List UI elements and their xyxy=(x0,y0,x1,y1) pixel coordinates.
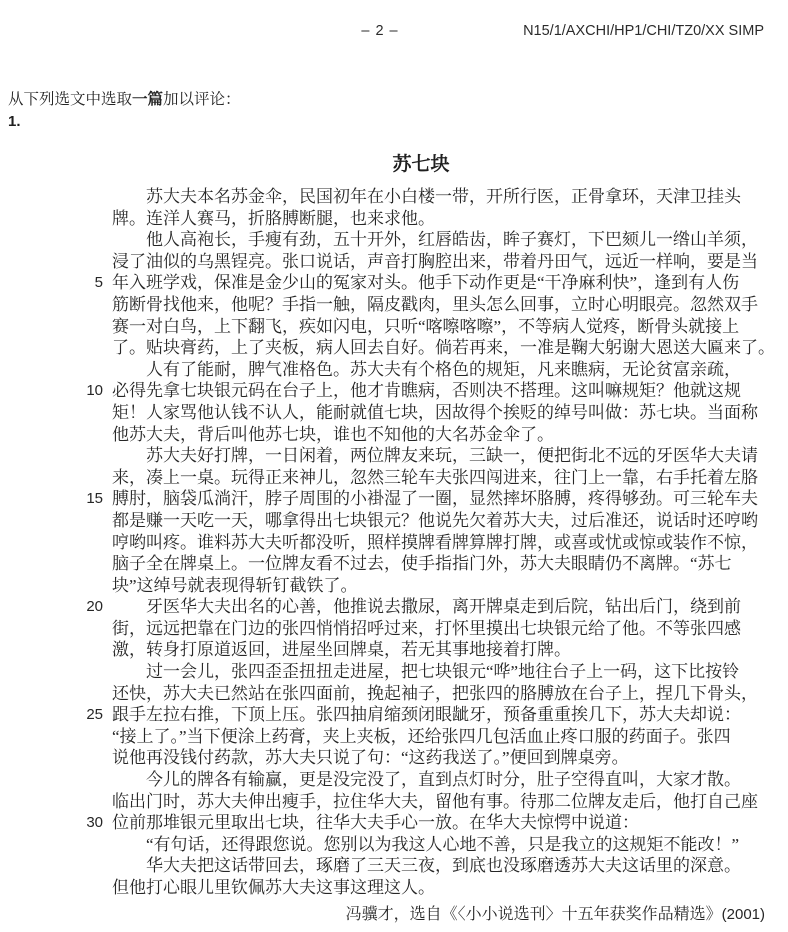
passage-line: 脑子全在牌桌上。一位牌友看不过去，使手指指门外，苏大夫眼睛仍不离牌。“苏七 xyxy=(0,553,788,575)
line-number xyxy=(0,467,103,489)
passage-line: 激，转身打原道返回，进屋坐回牌桌，若无其事地接着打牌。 xyxy=(0,639,788,661)
passage-line: 华大夫把这话带回去，琢磨了三天三夜，到底也没琢磨透苏大夫这话里的深意。 xyxy=(0,855,788,877)
line-text: 临出门时，苏大夫伸出瘦手，拉住华大夫，留他有事。待那二位牌友走后，他打自己座 xyxy=(112,791,758,813)
passage-line: 哼哟叫疼。谁料苏大夫听都没听，照样摸牌看牌算牌打牌，或喜或忧或惊或装作不惊， xyxy=(0,532,788,554)
passage-line: “有句话，还得跟您说。您别以为我这人心地不善，只是我立的这规矩不能改！” xyxy=(0,834,788,856)
passage-line: 说他再没钱付药款，苏大夫只说了句：“这药我送了。”便回到牌桌旁。 xyxy=(0,747,788,769)
passage-line: 15膊肘，脑袋瓜淌汗，脖子周围的小褂湿了一圈，显然摔坏胳膊，疼得够劲。可三轮车夫 xyxy=(0,488,788,510)
passage-line: 矩！人家骂他认钱不认人，能耐就值七块，因故得个挨贬的绰号叫做：苏七块。当面称 xyxy=(0,402,788,424)
line-text: 赛一对白鸟，上下翻飞，疾如闪电，只听“喀嚓喀嚓”，不等病人觉疼，断骨头就接上 xyxy=(112,316,739,338)
line-text: 必得先拿七块银元码在台子上，他才肯瞧病，否则决不搭理。这叫嘛规矩？他就这规 xyxy=(112,380,741,402)
line-number xyxy=(0,532,103,554)
attribution: 冯骥才，选自《〈小小说选刊〉十五年获奖作品精选》(2001) xyxy=(346,901,765,924)
line-text: 筋断骨找他来，他呢？手指一触，隔皮戳肉，里头怎么回事，立时心明眼亮。忽然双手 xyxy=(112,294,758,316)
line-text: 脑子全在牌桌上。一位牌友看不过去，使手指指门外，苏大夫眼睛仍不离牌。“苏七 xyxy=(112,553,732,575)
passage-line: 牌。连洋人赛马，折胳膊断腿，也来求他。 xyxy=(0,208,788,230)
line-number xyxy=(0,359,103,381)
question-number: 1. xyxy=(8,113,21,130)
passage-line: 筋断骨找他来，他呢？手指一触，隔皮戳肉，里头怎么回事，立时心明眼亮。忽然双手 xyxy=(0,294,788,316)
passage-line: 25跟手左拉右推，下顶上压。张四抽肩缩颈闭眼龇牙，预备重重挨几下，苏大夫却说： xyxy=(0,704,788,726)
instruction-emphasis: 一篇 xyxy=(132,91,163,108)
passage-line: 苏大夫好打牌，一日闲着，两位牌友来玩，三缺一，便把街北不远的牙医华大夫请 xyxy=(0,445,788,467)
line-text: 年入班学戏，保准是金少山的冤家对头。他手下动作更是“干净麻利快”，逢到有人伤 xyxy=(112,272,739,294)
line-number xyxy=(0,618,103,640)
line-text: 说他再没钱付药款，苏大夫只说了句：“这药我送了。”便回到牌桌旁。 xyxy=(112,747,629,769)
line-text: 浸了油似的乌黑锃亮。张口说话，声音打胸腔出来，带着丹田气，远近一样响，要是当 xyxy=(112,251,758,273)
line-text: 牙医华大夫出名的心善，他推说去撒尿，离开牌桌走到后院，钻出后门，绕到前 xyxy=(112,596,741,618)
line-text: 还快，苏大夫已然站在张四面前，挽起袖子，把张四的胳膊放在台子上，捏几下骨头， xyxy=(112,683,758,705)
passage-line: “接上了。”当下便涂上药膏，夹上夹板，还给张四几包活血止疼口服的药面子。张四 xyxy=(0,726,788,748)
line-number: 15 xyxy=(0,488,103,510)
line-text: 跟手左拉右推，下顶上压。张四抽肩缩颈闭眼龇牙，预备重重挨几下，苏大夫却说： xyxy=(112,704,741,726)
passage-body: 苏大夫本名苏金伞，民国初年在小白楼一带，开所行医，正骨拿环，天津卫挂头牌。连洋人… xyxy=(0,186,788,899)
line-number: 25 xyxy=(0,704,103,726)
passage-line: 临出门时，苏大夫伸出瘦手，拉住华大夫，留他有事。待那二位牌友走后，他打自己座 xyxy=(0,791,788,813)
passage-line: 浸了油似的乌黑锃亮。张口说话，声音打胸腔出来，带着丹田气，远近一样响，要是当 xyxy=(0,251,788,273)
passage-line: 但他打心眼儿里钦佩苏大夫这事这理这人。 xyxy=(0,877,788,899)
passage-line: 街，远远把靠在门边的张四悄悄招呼过来，打怀里摸出七块银元给了他。不等张四感 xyxy=(0,618,788,640)
line-number xyxy=(0,208,103,230)
passage-line: 都是赚一天吃一天，哪拿得出七块银元？他说先欠着苏大夫，过后准还，说话时还哼哟 xyxy=(0,510,788,532)
line-number xyxy=(0,747,103,769)
passage-line: 他苏大夫，背后叫他苏七块，谁也不知他的大名苏金伞了。 xyxy=(0,424,788,446)
line-number xyxy=(0,855,103,877)
line-number xyxy=(0,575,103,597)
passage-line: 30位前那堆银元里取出七块，往华大夫手心一放。在华大夫惊愕中说道： xyxy=(0,812,788,834)
line-number xyxy=(0,316,103,338)
line-number xyxy=(0,639,103,661)
instruction-prefix: 从下列选文中选取 xyxy=(8,91,132,108)
line-number xyxy=(0,294,103,316)
passage-title: 苏七块 xyxy=(54,149,788,176)
passage-line: 苏大夫本名苏金伞，民国初年在小白楼一带，开所行医，正骨拿环，天津卫挂头 xyxy=(0,186,788,208)
line-text: 了。贴块膏药，上了夹板，病人回去自好。倘若再来，一准是鞠大躬谢大恩送大匾来了。 xyxy=(112,337,775,359)
passage-line: 来，凑上一桌。玩得正来神儿，忽然三轮车夫张四闯进来，往门上一靠，右手托着左胳 xyxy=(0,467,788,489)
attribution-text: 冯骥才，选自《〈小小说选刊〉十五年获奖作品精选》 xyxy=(346,906,722,923)
line-text: 华大夫把这话带回去，琢磨了三天三夜，到底也没琢磨透苏大夫这话里的深意。 xyxy=(112,855,741,877)
passage-line: 5年入班学戏，保准是金少山的冤家对头。他手下动作更是“干净麻利快”，逢到有人伤 xyxy=(0,272,788,294)
line-text: 激，转身打原道返回，进屋坐回牌桌，若无其事地接着打牌。 xyxy=(112,639,571,661)
line-text: “接上了。”当下便涂上药膏，夹上夹板，还给张四几包活血止疼口服的药面子。张四 xyxy=(112,726,731,748)
passage-line: 20牙医华大夫出名的心善，他推说去撒尿，离开牌桌走到后院，钻出后门，绕到前 xyxy=(0,596,788,618)
line-text: 哼哟叫疼。谁料苏大夫听都没听，照样摸牌看牌算牌打牌，或喜或忧或惊或装作不惊， xyxy=(112,532,758,554)
line-number xyxy=(0,726,103,748)
line-text: 过一会儿，张四歪歪扭扭走进屋，把七块银元“哗”地往台子上一码，这下比按铃 xyxy=(112,661,739,683)
line-text: 苏大夫好打牌，一日闲着，两位牌友来玩，三缺一，便把街北不远的牙医华大夫请 xyxy=(112,445,758,467)
line-number xyxy=(0,877,103,899)
passage-line: 过一会儿，张四歪歪扭扭走进屋，把七块银元“哗”地往台子上一码，这下比按铃 xyxy=(0,661,788,683)
line-text: 但他打心眼儿里钦佩苏大夫这事这理这人。 xyxy=(112,877,435,899)
line-text: 街，远远把靠在门边的张四悄悄招呼过来，打怀里摸出七块银元给了他。不等张四感 xyxy=(112,618,741,640)
line-number xyxy=(0,424,103,446)
line-text: 今儿的牌各有输赢，更是没完没了，直到点灯时分，肚子空得直叫，大家才散。 xyxy=(112,769,741,791)
line-text: 块”这绰号就表现得斩钉截铁了。 xyxy=(112,575,358,597)
passage-line: 今儿的牌各有输赢，更是没完没了，直到点灯时分，肚子空得直叫，大家才散。 xyxy=(0,769,788,791)
line-text: 来，凑上一桌。玩得正来神儿，忽然三轮车夫张四闯进来，往门上一靠，右手托着左胳 xyxy=(112,467,758,489)
passage-line: 人有了能耐，脾气准格色。苏大夫有个格色的规矩，凡来瞧病，无论贫富亲疏， xyxy=(0,359,788,381)
passage-line: 10必得先拿七块银元码在台子上，他才肯瞧病，否则决不搭理。这叫嘛规矩？他就这规 xyxy=(0,380,788,402)
line-text: 膊肘，脑袋瓜淌汗，脖子周围的小褂湿了一圈，显然摔坏胳膊，疼得够劲。可三轮车夫 xyxy=(112,488,758,510)
instruction-text: 从下列选文中选取一篇加以评论： xyxy=(8,87,241,109)
line-text: 人有了能耐，脾气准格色。苏大夫有个格色的规矩，凡来瞧病，无论贫富亲疏， xyxy=(112,359,741,381)
instruction-suffix: 加以评论： xyxy=(163,91,241,108)
line-text: 牌。连洋人赛马，折胳膊断腿，也来求他。 xyxy=(112,208,435,230)
page-number: – 2 – xyxy=(320,23,440,39)
line-number xyxy=(0,251,103,273)
line-number: 20 xyxy=(0,596,103,618)
passage-line: 还快，苏大夫已然站在张四面前，挽起袖子，把张四的胳膊放在台子上，捏几下骨头， xyxy=(0,683,788,705)
line-text: 苏大夫本名苏金伞，民国初年在小白楼一带，开所行医，正骨拿环，天津卫挂头 xyxy=(112,186,741,208)
line-number xyxy=(0,229,103,251)
line-number xyxy=(0,553,103,575)
passage-line: 他人高袍长，手瘦有劲，五十开外，红唇皓齿，眸子赛灯，下巴颏儿一绺山羊须， xyxy=(0,229,788,251)
passage-line: 了。贴块膏药，上了夹板，病人回去自好。倘若再来，一准是鞠大躬谢大恩送大匾来了。 xyxy=(0,337,788,359)
line-number xyxy=(0,510,103,532)
paper-code: N15/1/AXCHI/HP1/CHI/TZ0/XX SIMP xyxy=(523,23,764,39)
line-number xyxy=(0,769,103,791)
line-text: 他苏大夫，背后叫他苏七块，谁也不知他的大名苏金伞了。 xyxy=(112,424,554,446)
passage-line: 赛一对白鸟，上下翻飞，疾如闪电，只听“喀嚓喀嚓”，不等病人觉疼，断骨头就接上 xyxy=(0,316,788,338)
line-number: 10 xyxy=(0,380,103,402)
line-number xyxy=(0,186,103,208)
line-number xyxy=(0,337,103,359)
line-number xyxy=(0,661,103,683)
passage-line: 块”这绰号就表现得斩钉截铁了。 xyxy=(0,575,788,597)
line-number xyxy=(0,791,103,813)
line-number: 30 xyxy=(0,812,103,834)
line-text: 都是赚一天吃一天，哪拿得出七块银元？他说先欠着苏大夫，过后准还，说话时还哼哟 xyxy=(112,510,758,532)
exam-page: – 2 – N15/1/AXCHI/HP1/CHI/TZ0/XX SIMP 从下… xyxy=(0,0,788,932)
line-text: 他人高袍长，手瘦有劲，五十开外，红唇皓齿，眸子赛灯，下巴颏儿一绺山羊须， xyxy=(112,229,758,251)
line-number xyxy=(0,402,103,424)
line-number xyxy=(0,445,103,467)
line-text: “有句话，还得跟您说。您别以为我这人心地不善，只是我立的这规矩不能改！” xyxy=(112,834,739,856)
attribution-year: (2001) xyxy=(722,906,765,923)
line-number xyxy=(0,683,103,705)
line-number: 5 xyxy=(0,272,103,294)
line-text: 位前那堆银元里取出七块，往华大夫手心一放。在华大夫惊愕中说道： xyxy=(112,812,639,834)
line-number xyxy=(0,834,103,856)
line-text: 矩！人家骂他认钱不认人，能耐就值七块，因故得个挨贬的绰号叫做：苏七块。当面称 xyxy=(112,402,758,424)
